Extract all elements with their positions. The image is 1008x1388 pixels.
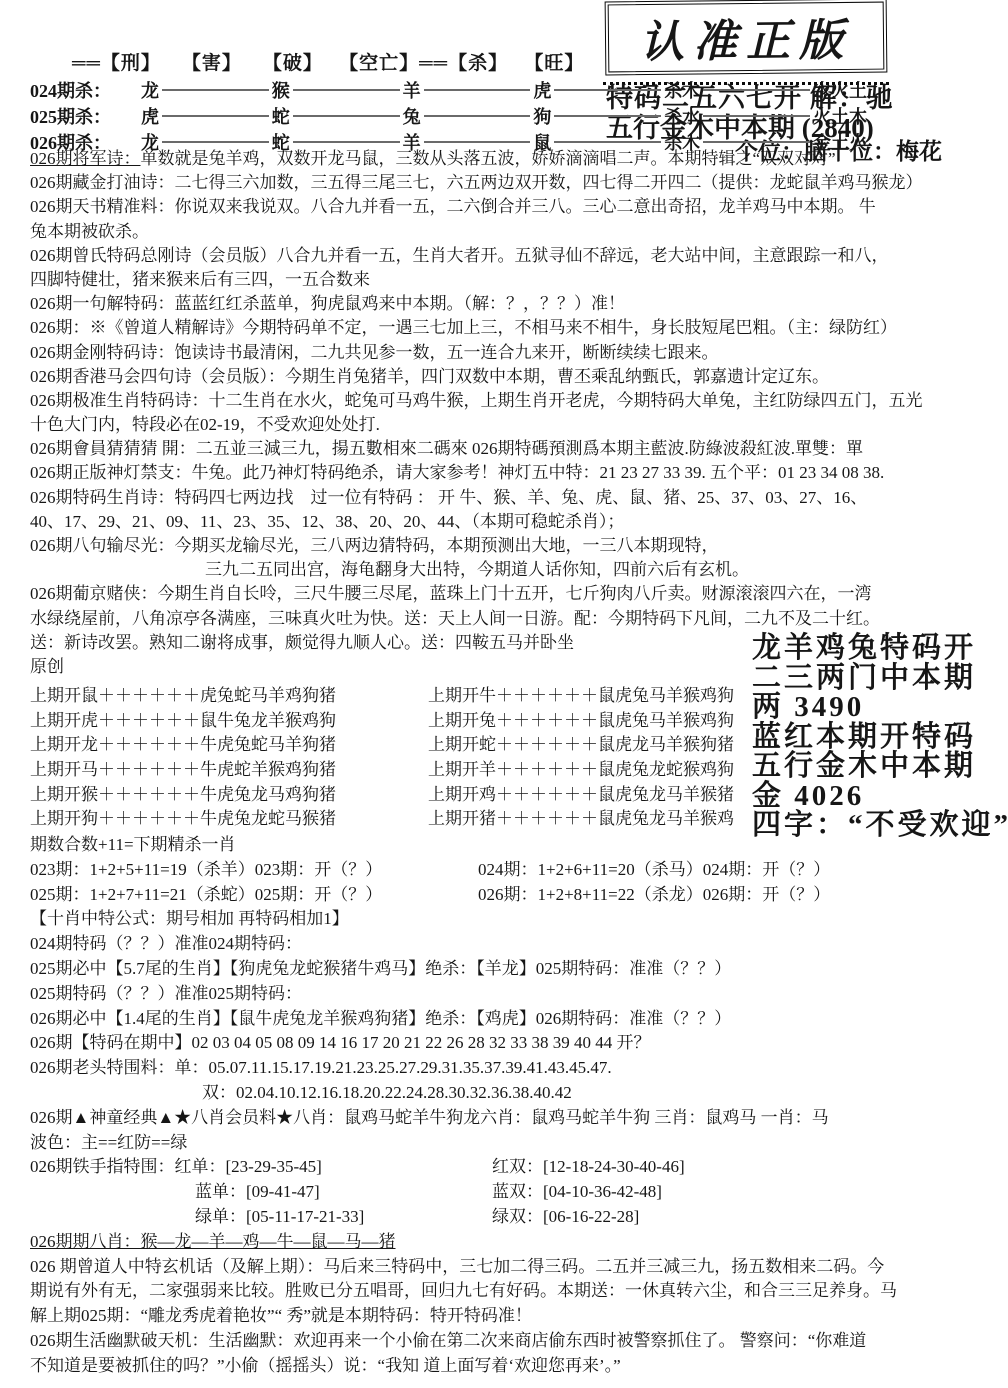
iron-green-shuang: 绿双：[06-16-22-28]	[492, 1205, 639, 1230]
line-iron-finger-row-1: 026期铁手指特围：红单：[23-29-35-45]红双：[12-18-24-3…	[30, 1155, 990, 1180]
line-iron-finger-row-3: 绿单：[05-11-17-21-33]绿双：[06-16-22-28]	[30, 1205, 990, 1230]
kill-cell: 虎	[138, 103, 162, 129]
line-huiyuan-guess: 026期會員猜猜猜 開：二五並三減三九，揚五數相來二碼來 026期特碼預測爲本期…	[30, 437, 990, 461]
lottery-tip-sheet: 认准正版 特码二五六七开 解：驰 五行金木中本期 (2840) 个位：脑十位：梅…	[0, 0, 1008, 1388]
upper-text-block: 026期将军诗：单数就是兔羊鸡，双数开龙马鼠，三数从头落五波，娇娇滴滴唱二声。本…	[30, 147, 990, 679]
prev-open-cell: 上期开猴＋＋＋＋＋＋牛虎兔龙马鸡狗猪	[30, 783, 428, 808]
right-block-line: 两 3490	[752, 693, 1008, 723]
connector-line	[162, 141, 269, 143]
kill-table-header: ══【刑】 【害】 【破】 【空亡】══【杀】 【旺】	[72, 50, 870, 77]
formula-025: 025期：1+2+7+11=21（杀蛇）025期：开（？）	[30, 883, 478, 908]
line-jizhun-shengxiao: 026期极准生肖特码诗：十二生肖在水火，蛇兔可马鸡牛猴，上期生肖开老虎，今期特码…	[30, 389, 990, 413]
kill-cell: 火土木	[810, 103, 870, 129]
line-026-bizhong: 026期必中【1.4尾的生肖】【鼠牛虎兔龙羊猴鸡狗猪】绝杀：【鸡虎】026期特码…	[30, 1007, 990, 1032]
table-row: 上期开猴＋＋＋＋＋＋牛虎兔龙马鸡狗猪上期开鸡＋＋＋＋＋＋鼠虎兔龙马羊猴猪	[30, 783, 734, 808]
line-qi-baxiao: 026期期八肖：猴—龙—羊—鸡—牛—鼠—马—猪	[30, 1230, 990, 1255]
connector-line	[293, 141, 400, 143]
formula-023: 023期：1+2+5+11=19（杀羊）023期：开（？）	[30, 858, 478, 883]
kill-cell: 猴	[269, 77, 293, 103]
prev-open-cell: 上期开兔＋＋＋＋＋＋鼠虎兔马羊猴鸡狗	[428, 709, 734, 734]
line-xuanjihua-1: 026 期曾道人中特玄机话（及解上期）：马后来三特码中，三七加二得三码。二五并三…	[30, 1255, 990, 1280]
kill-cell: 羊	[400, 77, 424, 103]
line-zengshi-poem: 026期曾氏特码总刚诗（会员版）八合九并看一五，生肖大者开。五狱寻仙不辞远，老大…	[30, 244, 990, 268]
line-shentong-jingdian: 026期▲神童经典▲★八肖会员料★八肖：鼠鸡马蛇羊牛狗龙六肖：鼠鸡马蛇羊牛狗 三…	[30, 1106, 990, 1131]
kill-table: ══【刑】 【害】 【破】 【空亡】══【杀】 【旺】 024期杀： 龙 猴 羊…	[30, 50, 870, 155]
table-row: 上期开龙＋＋＋＋＋＋牛虎兔蛇马羊狗猪上期开蛇＋＋＋＋＋＋鼠虎龙马羊猴狗猪	[30, 733, 734, 758]
line-youmo-2: 不知道是要被抓住的吗？”小偷（摇摇头）说：“我知 道上面写着‘欢迎您再来’。”	[30, 1354, 990, 1379]
connector-line	[424, 115, 531, 117]
kill-cell: 杀木	[661, 77, 703, 103]
connector-line	[554, 89, 661, 91]
iron-green-dan: 绿单：[05-11-17-21-33]	[30, 1205, 492, 1230]
formula-026: 026期：1+2+8+11=22（杀龙）026期：开（？）	[478, 883, 830, 908]
prev-open-cell: 上期开狗＋＋＋＋＋＋牛虎兔龙蛇马猴猪	[30, 807, 428, 832]
connector-line	[424, 89, 531, 91]
table-row: 上期开鼠＋＋＋＋＋＋虎兔蛇马羊鸡狗猪上期开牛＋＋＋＋＋＋鼠虎兔马羊猴鸡狗	[30, 684, 734, 709]
line-pujing-cont: 水绿绕屋前，八角凉亭各满座，三味真火吐为快。送：天上人间一日游。配：今期特码下凡…	[30, 607, 990, 631]
kill-cell: 杀水	[661, 103, 703, 129]
line-baju-shujin: 026期八句输尽光：今期买龙输尽光，三八两边猜特码，本期预测出大地，一三八本期现…	[30, 534, 990, 558]
prev-open-cell: 上期开马＋＋＋＋＋＋牛虎蛇羊猴鸡狗猪	[30, 758, 428, 783]
line-laotou-dan: 026期老头特围料：单：05.07.11.15.17.19.21.23.25.2…	[30, 1056, 990, 1081]
line-tianshu-料: 026期天书精准料：你说双来我说双。八合九并看一五，二六倒合并三八。三心二意出奇…	[30, 195, 990, 219]
line-zengshi-cont: 四脚特健壮，猪来猴来后有三四，一五合数来	[30, 268, 990, 292]
prev-open-cell: 上期开蛇＋＋＋＋＋＋鼠虎龙马羊猴狗猪	[428, 733, 734, 758]
line-025-tema: 025期特码（？？）准准025期特码：	[30, 982, 990, 1007]
line-hk-mahui-poem: 026期香港马会四句诗（会员版）：今期生肖兔猪羊，四门双数中本期，曹丕乘乱纳甄氏…	[30, 365, 990, 389]
jiangjun-text: 单数就是兔羊鸡，双数开龙马鼠，三数从头落五波，娇娇滴滴唱二声。本期特辑之“双双对…	[141, 149, 836, 168]
lower-text-block: 期数合数+11=下期精杀一肖 023期：1+2+5+11=19（杀羊）023期：…	[30, 833, 990, 1379]
kill-row-label: 024期杀：	[30, 77, 138, 103]
line-formula-row-2: 025期：1+2+7+11=21（杀蛇）025期：开（？）026期：1+2+8+…	[30, 883, 990, 908]
kill-cell: 水火土	[810, 77, 870, 103]
line-qishu-formula: 期数合数+11=下期精杀一肖	[30, 833, 990, 858]
iron-red-dan: 026期铁手指特围：红单：[23-29-35-45]	[30, 1155, 492, 1180]
kill-cell: 虎	[530, 77, 554, 103]
qi-baxiao-text: 026期期八肖：猴—龙—羊—鸡—牛—鼠—马—猪	[30, 1232, 396, 1251]
line-shendeng-jinzhi: 026期正版神灯禁支：牛兔。此乃神灯特码绝杀，请大家参考！神灯五中特：21 23…	[30, 461, 990, 485]
line-xuanjihua-3: 解上期025期：“雕龙秀虎着艳妆”“ 秀”就是本期特码：特开特码准！	[30, 1304, 990, 1329]
right-block-line: 五行金木中本期	[752, 752, 1008, 782]
prev-open-cell: 上期开鼠＋＋＋＋＋＋虎兔蛇马羊鸡狗猪	[30, 684, 428, 709]
line-iron-finger-row-2: 蓝单：[09-41-47]蓝双：[04-10-36-42-48]	[30, 1180, 990, 1205]
prev-open-cell: 上期开羊＋＋＋＋＋＋鼠虎兔龙蛇猴鸡狗	[428, 758, 734, 783]
line-jiangjun-poem: 026期将军诗：单数就是兔羊鸡，双数开龙马鼠，三数从头落五波，娇娇滴滴唱二声。本…	[30, 147, 990, 171]
kill-row-025: 025期杀： 虎 蛇 兔 狗 杀水 火土木	[30, 103, 870, 129]
prev-open-cell: 上期开鸡＋＋＋＋＋＋鼠虎兔龙马羊猴猪	[428, 783, 734, 808]
connector-line	[703, 115, 810, 117]
line-baju-cont: 三九二五同出宫，海龟翻身大出特，今期道人话你知，四前六后有玄机。	[30, 558, 990, 582]
right-block-line: 蓝红本期开特码	[752, 723, 1008, 753]
connector-line	[554, 141, 661, 143]
line-shixiao-formula: 【十肖中特公式：期号相加 再特码相加1】	[30, 907, 990, 932]
right-block-line: 二三两门中本期	[752, 664, 1008, 694]
line-pujing-duxia: 026期葡京赌侠：今期生肖自长呤，三尺牛腰三尽尾，蓝珠上门十五开，七斤狗肉八斤卖…	[30, 582, 990, 606]
line-tema-shengxiao-cont: 40、17、29、21、09、11、23、35、12、38、20、20、44、（…	[30, 510, 990, 534]
kill-cell: 龙	[138, 77, 162, 103]
connector-line	[703, 89, 810, 91]
prev-open-cell: 上期开猪＋＋＋＋＋＋鼠虎兔龙马羊猴鸡	[428, 807, 734, 832]
table-row: 上期开狗＋＋＋＋＋＋牛虎兔龙蛇马猴猪上期开猪＋＋＋＋＋＋鼠虎兔龙马羊猴鸡	[30, 807, 734, 832]
connector-line	[424, 141, 531, 143]
kill-cell: 兔	[400, 103, 424, 129]
kill-row-label: 025期杀：	[30, 103, 138, 129]
line-youmo-1: 026期生活幽默破天机：生活幽默：欢迎再来一个小偷在第二次来商店偷东西时被警察抓…	[30, 1329, 990, 1354]
connector-line	[554, 115, 661, 117]
line-024-tema: 024期特码（？？）准准024期特码：	[30, 932, 990, 957]
line-formula-row-1: 023期：1+2+5+11=19（杀羊）023期：开（？）024期：1+2+6+…	[30, 858, 990, 883]
table-row: 上期开虎＋＋＋＋＋＋鼠牛兔龙羊猴鸡狗上期开兔＋＋＋＋＋＋鼠虎兔马羊猴鸡狗	[30, 709, 734, 734]
kill-row-024: 024期杀： 龙 猴 羊 虎 杀木 水火土	[30, 77, 870, 103]
prev-open-table: 上期开鼠＋＋＋＋＋＋虎兔蛇马羊鸡狗猪上期开牛＋＋＋＋＋＋鼠虎兔马羊猴鸡狗 上期开…	[30, 684, 734, 832]
line-jizhun-cont: 十色大门内，特段必在02-19，不受欢迎处处打.	[30, 413, 990, 437]
right-block-line: 龙羊鸡兔特码开	[752, 634, 1008, 664]
right-block-line: 金 4026	[752, 782, 1008, 812]
right-prediction-block: 龙羊鸡兔特码开 二三两门中本期 两 3490 蓝红本期开特码 五行金木中本期 金…	[752, 634, 1008, 841]
iron-red-shuang: 红双：[12-18-24-30-40-46]	[492, 1155, 685, 1180]
line-zengdaoren-jingjie: 026期：※《曾道人精解诗》今期特码单不定，一遇三七加上三，不相马来不相牛，身长…	[30, 316, 990, 340]
line-025-bizhong: 025期必中【5.7尾的生肖】【狗虎兔龙蛇猴猪牛鸡马】绝杀：【羊龙】025期特码…	[30, 957, 990, 982]
table-row: 上期开马＋＋＋＋＋＋牛虎蛇羊猴鸡狗猪上期开羊＋＋＋＋＋＋鼠虎兔龙蛇猴鸡狗	[30, 758, 734, 783]
line-zangjin-poem: 026期藏金打油诗：二七得三六加数，三五得三尾三七，六五两边双开数，四七得二开四…	[30, 171, 990, 195]
line-tema-zaiqizhong: 026期【特码在期中】02 03 04 05 08 09 14 16 17 20…	[30, 1031, 990, 1056]
line-yiju-jie-tema: 026期一句解特码：蓝蓝红红杀蓝单，狗虎鼠鸡来中本期。（解：？，？？）准！	[30, 292, 990, 316]
line-jingang-tema: 026期金刚特码诗：饱读诗书最清闲，二九共见参一数，五一连合九来开，断断续续七跟…	[30, 341, 990, 365]
prev-open-cell: 上期开虎＋＋＋＋＋＋鼠牛兔龙羊猴鸡狗	[30, 709, 428, 734]
connector-line	[162, 115, 269, 117]
iron-blue-dan: 蓝单：[09-41-47]	[30, 1180, 492, 1205]
formula-024: 024期：1+2+6+11=20（杀马）024期：开（？）	[478, 858, 830, 883]
prev-open-cell: 上期开龙＋＋＋＋＋＋牛虎兔蛇马羊狗猪	[30, 733, 428, 758]
line-tianshu-cont: 兔本期被砍杀。	[30, 220, 990, 244]
line-tema-shengxiao-poem: 026期特码生肖诗：特码四七两边找 过一位有特码 ： 开 牛、猴、羊、兔、虎、鼠…	[30, 486, 990, 510]
kill-cell: 狗	[530, 103, 554, 129]
iron-blue-shuang: 蓝双：[04-10-36-42-48]	[492, 1180, 662, 1205]
line-xuanjihua-2: 期说有外有无，二家强弱来比较。胜败已分五唱哥，回归九七有好码。本期送：一休真转六…	[30, 1279, 990, 1304]
connector-line	[293, 89, 400, 91]
jiangjun-label: 026期将军诗：	[30, 149, 141, 168]
kill-cell: 蛇	[269, 103, 293, 129]
connector-line	[293, 115, 400, 117]
line-bose: 波色：主==红防==绿	[30, 1131, 990, 1156]
line-laotou-shuang: 双：02.04.10.12.16.18.20.22.24.28.30.32.36…	[30, 1081, 990, 1106]
connector-line	[703, 141, 810, 143]
prev-open-cell: 上期开牛＋＋＋＋＋＋鼠虎兔马羊猴鸡狗	[428, 684, 734, 709]
connector-line	[162, 89, 269, 91]
